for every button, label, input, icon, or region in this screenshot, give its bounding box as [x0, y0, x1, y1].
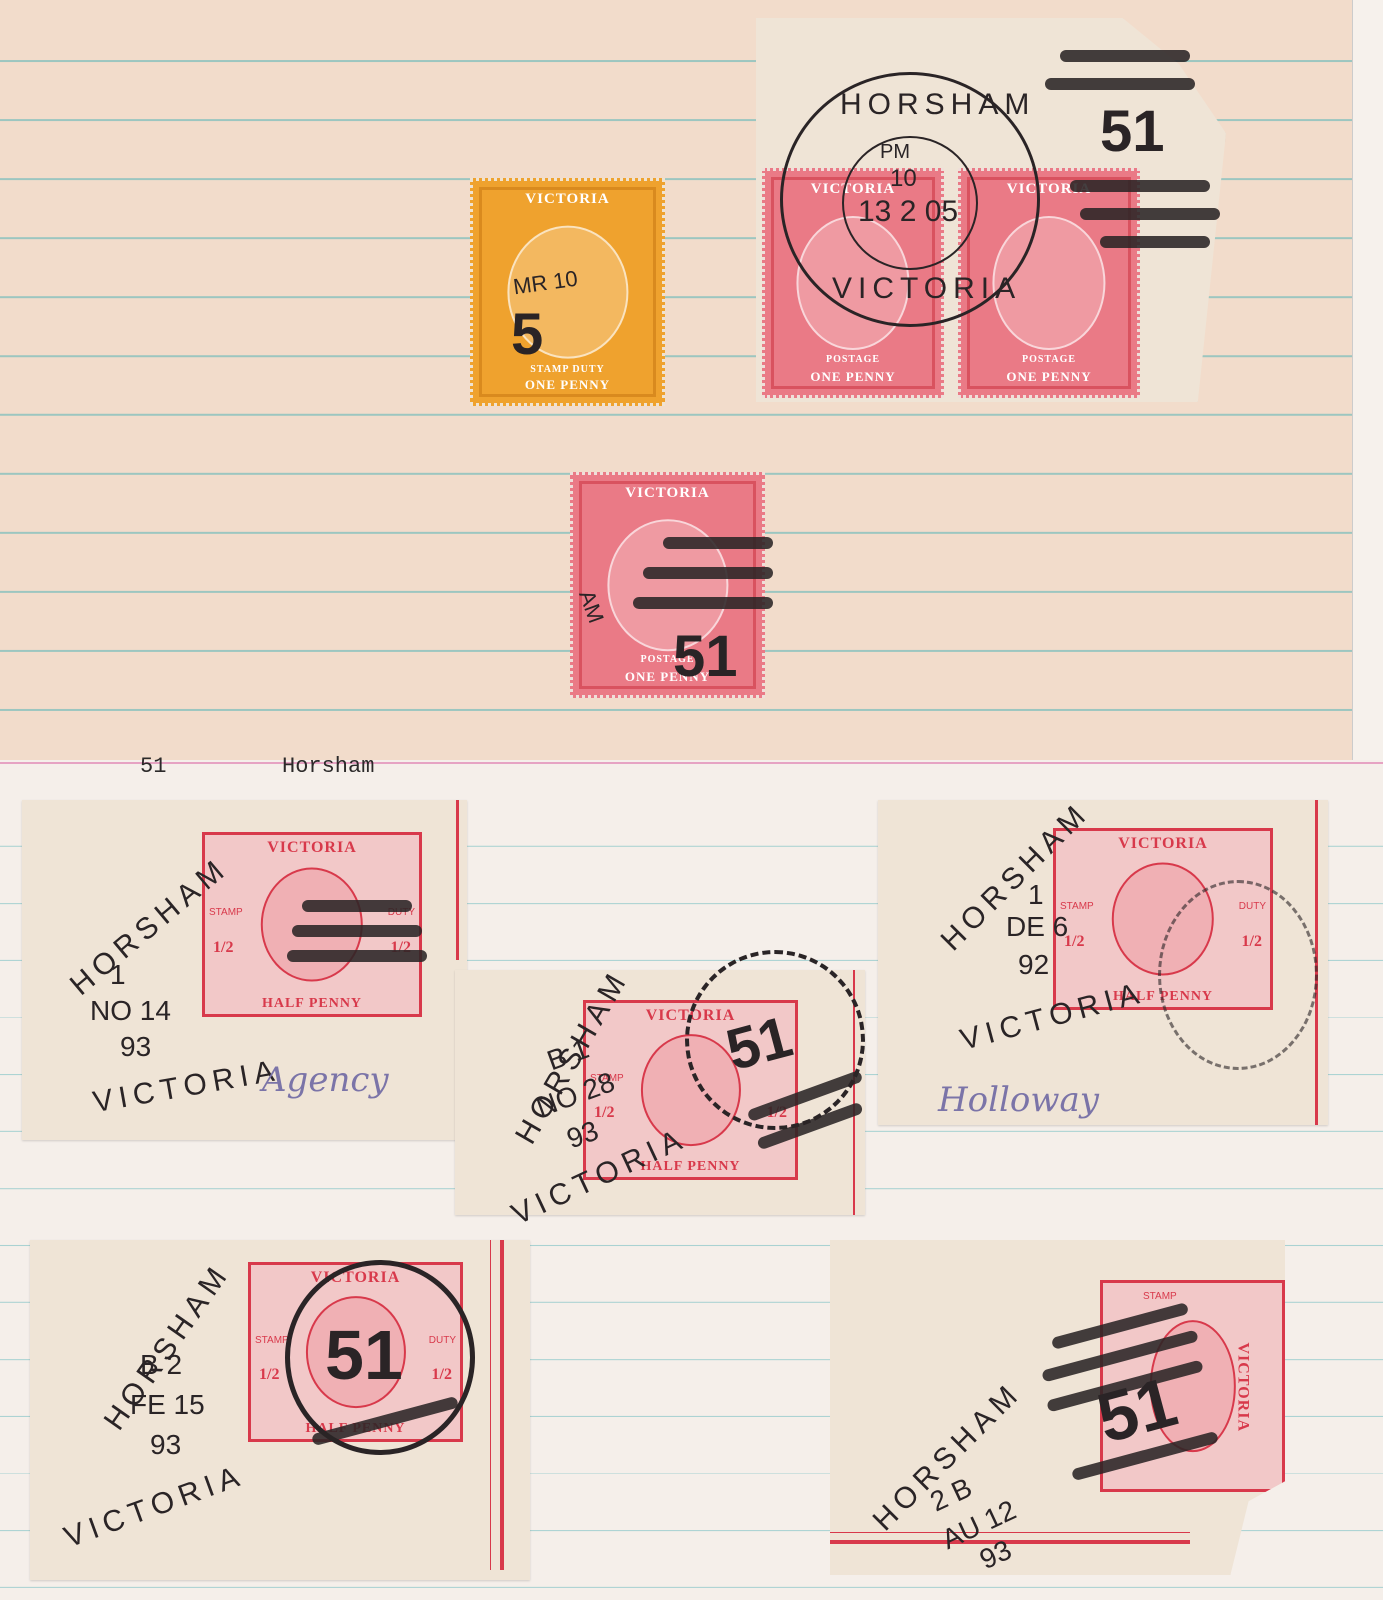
postmark-day: 10	[890, 166, 917, 191]
cover-piece-fe15: VICTORIA STAMP DUTY 1/2 1/2 HALF PENNY 5…	[30, 1240, 530, 1580]
numeral-ring	[1158, 880, 1318, 1070]
manuscript-note: Agency	[262, 1060, 389, 1100]
postmark-town: HORSHAM	[840, 88, 1035, 122]
postmark-numeral: 51	[673, 623, 738, 690]
stamp-inscription: POSTAGE	[765, 354, 941, 365]
cover-piece-de6: VICTORIA STAMP DUTY 1/2 1/2 HALF PENNY H…	[878, 800, 1328, 1125]
postmark-year: 92	[1018, 950, 1049, 979]
stamp-country: VICTORIA	[1234, 1343, 1252, 1422]
postmark-year: 93	[120, 1032, 151, 1061]
postmark-numeral: 51	[1100, 98, 1165, 165]
postmark-numeral: 5	[511, 301, 543, 368]
cover-piece-no28: VICTORIA STAMP 1/2 1/2 HALF PENNY 51 HOR…	[455, 970, 865, 1215]
stamp-country: VICTORIA	[1056, 835, 1270, 853]
manuscript-note: Holloway	[938, 1080, 1099, 1120]
postmark-time: PM	[880, 142, 910, 163]
stamp-left-label: STAMP	[1143, 1291, 1177, 1302]
stamp-duty-label: STAMP DUTY	[473, 364, 662, 375]
postmark-code: B 2	[140, 1350, 182, 1379]
barred-numeral-cancel: 51	[1040, 40, 1230, 280]
postmark-state: VICTORIA	[832, 272, 1021, 306]
stamp-value: HALF PENNY	[205, 996, 419, 1012]
header-rule	[0, 762, 1383, 764]
stamp-value: ONE PENNY	[961, 369, 1137, 385]
page-heading-town: Horsham	[282, 754, 374, 779]
stamp-orange-one-penny: VICTORIA STAMP DUTY ONE PENNY MR 10 5	[470, 178, 665, 406]
postmark-date: DE 6	[1006, 912, 1068, 941]
postmark-numeral: 51	[325, 1315, 403, 1395]
postmark-code: 1	[1028, 880, 1044, 909]
postmark-state: VICTORIA	[90, 1054, 282, 1120]
postmark-state: VICTORIA	[60, 1459, 249, 1556]
stamp-value: ONE PENNY	[765, 369, 941, 385]
stamp-pink-one-penny-single: VICTORIA POSTAGE ONE PENNY 51 AM	[570, 472, 765, 698]
stamp-value: ONE PENNY	[473, 377, 662, 393]
stamp-left-label: STAMP	[209, 907, 243, 918]
postmark-date: NO 14	[90, 996, 171, 1025]
stamp-country: VICTORIA	[205, 839, 419, 857]
stamp-country: VICTORIA	[573, 485, 762, 502]
postmark-year: 93	[150, 1430, 181, 1459]
cover-piece-au12: VICTORIA STAMP 51 HORSHAM 2 B AU 12 93	[830, 1240, 1285, 1575]
page-heading-number: 51	[140, 754, 166, 779]
stamp-inscription: POSTAGE	[961, 354, 1137, 365]
stamp-fraction-left: 1/2	[259, 1366, 279, 1384]
postmark-date: FE 15	[130, 1390, 205, 1419]
stamp-fraction-left: 1/2	[594, 1104, 614, 1122]
page-edge	[1352, 0, 1383, 760]
stamp-left-label: STAMP	[255, 1335, 289, 1346]
stamp-fraction-left: 1/2	[213, 939, 233, 957]
postmark-code: 1	[110, 960, 126, 989]
cover-piece-no14: VICTORIA STAMP DUTY 1/2 1/2 HALF PENNY H…	[22, 800, 467, 1140]
stamp-country: VICTORIA	[473, 191, 662, 208]
postmark-date: 13 2 05	[858, 196, 958, 228]
album-page-top: VICTORIA STAMP DUTY ONE PENNY MR 10 5 VI…	[0, 0, 1383, 760]
